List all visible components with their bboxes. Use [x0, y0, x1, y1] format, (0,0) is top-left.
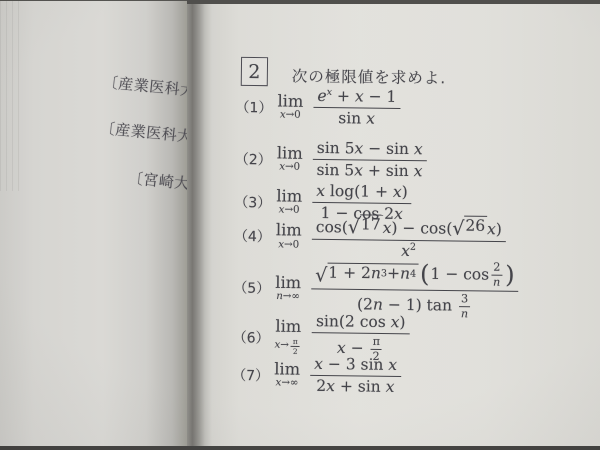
math-roman: sin 5: [317, 139, 355, 157]
math-var: x: [316, 182, 325, 200]
math-roman: (2: [357, 295, 373, 313]
limit-word: lim: [275, 319, 301, 336]
right-page: 2 次の極限値を求めよ. （1） limx→0ex + x − 1sin x （…: [212, 4, 600, 446]
math-roman: π: [373, 335, 381, 348]
limit-word: lim: [276, 189, 302, 206]
math-var: n: [373, 295, 383, 313]
fraction-numerator: sin(2 cos x): [312, 312, 410, 335]
math-var: x: [386, 378, 395, 396]
fraction-numerator: x − 3 sin x: [310, 355, 401, 377]
math-limit: limn→∞: [275, 275, 301, 303]
math-roman: 2: [316, 377, 326, 395]
limit-word: lim: [275, 275, 301, 292]
paren-content: 1 − cos 2n: [429, 260, 505, 290]
math-limit: limx→0: [277, 94, 303, 122]
problem-label: （2）: [235, 149, 277, 170]
math-roman: 2: [493, 261, 500, 274]
math-limit: limx→0: [276, 223, 302, 251]
photo-top-edge: [187, 0, 600, 4]
math-sqrt: √26: [452, 215, 487, 236]
radical-sign: √: [348, 220, 360, 235]
problem-label: （3）: [234, 192, 276, 213]
math-roman: ): [496, 220, 502, 238]
radical-sign: √: [315, 269, 327, 284]
math-roman: log(1 +: [325, 182, 393, 201]
math-var: e: [317, 87, 326, 105]
math-fraction: π2: [291, 336, 300, 355]
fraction-denominator: sin x: [338, 109, 375, 130]
math-roman: ): [402, 183, 408, 201]
math-fraction: x − 3 sin x2x + sin x: [310, 355, 401, 398]
math-fraction: cos(√17x) − cos(√26x)x2: [311, 214, 506, 262]
math-fraction: sin 5x − sin xsin 5x + sin x: [312, 139, 426, 182]
math-limit: limx→0: [277, 146, 303, 174]
math-roman: − 1: [364, 87, 397, 105]
radicand: 17: [360, 214, 383, 235]
limit-subscript: x→0: [278, 240, 299, 250]
math-roman: →0: [284, 240, 299, 250]
problem-row: （7） limx→∞x − 3 sin x2x + sin x: [232, 354, 403, 398]
problem-row: （2） limx→0sin 5x − sin xsin 5x + sin x: [235, 138, 429, 182]
math-var: x: [366, 110, 375, 128]
problem-label: （4）: [234, 226, 276, 247]
photo-bottom-edge: [0, 446, 600, 450]
math-roman: →0: [286, 111, 301, 121]
problem-label: （6）: [233, 327, 275, 348]
math-roman: ): [399, 313, 405, 331]
math-var: x: [414, 140, 423, 158]
problem-label: （5）: [233, 278, 275, 299]
limit-subscript: x→π2: [274, 336, 301, 356]
math-superscript: 2: [410, 241, 416, 252]
math-roman: sin: [338, 110, 366, 128]
math-var: x: [314, 355, 323, 373]
problem-row: （4） limx→0cos(√17x) − cos(√26x)x2: [234, 213, 508, 262]
radicand: 1 + 2n3 + n4: [327, 263, 418, 284]
fraction-denominator: sin 5x + sin x: [316, 160, 422, 182]
left-page: 〔産業医科大学〕 〔産業医科大学〕 〔宮崎大学〕: [0, 1, 187, 447]
math-roman: + sin: [335, 378, 386, 397]
math-fraction: 2n: [491, 261, 502, 290]
math-var: x: [391, 313, 400, 331]
math-roman: →0: [285, 163, 300, 173]
math-roman: − sin: [363, 139, 414, 158]
limit-word: lim: [276, 223, 302, 240]
math-var: x: [326, 377, 335, 395]
fraction-numerator: ex + x − 1: [313, 87, 400, 109]
math-roman: 17: [361, 215, 381, 235]
math-var: n: [493, 276, 500, 289]
math-sqrt: √1 + 2n3 + n4: [315, 263, 418, 285]
problem-label: （7）: [232, 365, 274, 386]
fraction-numerator: √1 + 2n3 + n4(1 − cos 2n): [311, 258, 519, 291]
fraction-numerator: π: [291, 336, 300, 346]
math-roman: 1 − cos: [430, 265, 489, 285]
math-roman: π: [293, 336, 298, 345]
math-roman: 26: [465, 217, 485, 237]
book-photo: 〔産業医科大学〕 〔産業医科大学〕 〔宮崎大学〕 2 次の極限値を求めよ. （1…: [0, 0, 600, 450]
fraction-denominator: n: [493, 276, 500, 290]
limit-subscript: x→0: [279, 163, 300, 173]
math-var: n: [461, 307, 468, 320]
math-sqrt: √17: [348, 214, 383, 235]
problem-formula: limx→0cos(√17x) − cos(√26x)x2: [276, 213, 508, 262]
math-var: x: [414, 162, 423, 180]
problem-formula: limx→0ex + x − 1sin x: [277, 86, 402, 129]
fraction-denominator: 2x + sin x: [316, 376, 394, 397]
math-paren-group: (1 − cos 2n): [420, 260, 515, 290]
problem-formula: limx→∞x − 3 sin x2x + sin x: [274, 354, 403, 397]
math-roman: cos(: [316, 218, 348, 236]
problem-label: （1）: [235, 97, 277, 118]
math-roman: + sin: [363, 162, 414, 181]
fraction-numerator: π: [371, 335, 383, 350]
math-var: x: [487, 220, 496, 238]
math-limit: limx→0: [276, 189, 302, 217]
left-paren: (: [420, 265, 430, 283]
fraction-numerator: 2: [491, 261, 502, 276]
problem-formula: limx→0sin 5x − sin xsin 5x + sin x: [277, 138, 429, 182]
math-roman: 4: [410, 268, 416, 279]
right-paren: ): [505, 266, 515, 284]
limit-word: lim: [277, 94, 303, 111]
math-fraction: 3n: [459, 292, 470, 321]
limit-word: lim: [274, 362, 300, 379]
math-roman: − 1) tan: [383, 296, 457, 315]
math-fraction: ex + x − 1sin x: [313, 87, 400, 130]
math-roman: +: [387, 264, 400, 284]
math-roman: sin 5: [316, 161, 354, 179]
fraction-numerator: 3: [459, 292, 470, 307]
fraction-numerator: cos(√17x) − cos(√26x): [312, 214, 506, 242]
math-var: n: [400, 265, 410, 284]
math-roman: 3: [461, 292, 468, 305]
problem-number-box: 2: [241, 57, 268, 86]
fraction-numerator: sin 5x − sin x: [313, 139, 427, 162]
math-var: x: [355, 87, 364, 105]
math-roman: sin(2 cos: [316, 312, 391, 331]
math-roman: ) − cos(: [391, 219, 452, 238]
math-roman: →∞: [283, 292, 300, 302]
radical-sign: √: [452, 222, 464, 237]
math-roman: 2: [410, 241, 416, 252]
problem-heading: 次の極限値を求めよ.: [292, 64, 447, 88]
math-roman: →∞: [281, 379, 298, 389]
math-var: x: [401, 241, 410, 259]
limit-subscript: x→0: [280, 111, 301, 121]
math-limit: limx→∞: [274, 362, 300, 390]
limit-subscript: n→∞: [276, 292, 300, 303]
fraction-numerator: x log(1 + x): [312, 182, 412, 205]
limit-subscript: x→∞: [276, 379, 299, 390]
fraction-denominator: n: [461, 307, 468, 321]
page-stack-edge: [0, 1, 22, 191]
math-roman: − 3 sin: [323, 355, 389, 374]
math-roman: +: [332, 87, 355, 105]
radicand: 26: [464, 216, 487, 237]
math-roman: →: [280, 341, 289, 351]
math-var: x: [388, 356, 397, 374]
fraction-denominator: x2: [401, 240, 416, 261]
limit-word: lim: [277, 146, 303, 163]
math-limit: limx→π2: [274, 319, 302, 356]
right-page-content: 2 次の極限値を求めよ. （1） limx→0ex + x − 1sin x （…: [207, 4, 600, 450]
math-roman: 1 + 2: [328, 264, 371, 284]
problem-row: （1） limx→0ex + x − 1sin x: [235, 86, 402, 130]
